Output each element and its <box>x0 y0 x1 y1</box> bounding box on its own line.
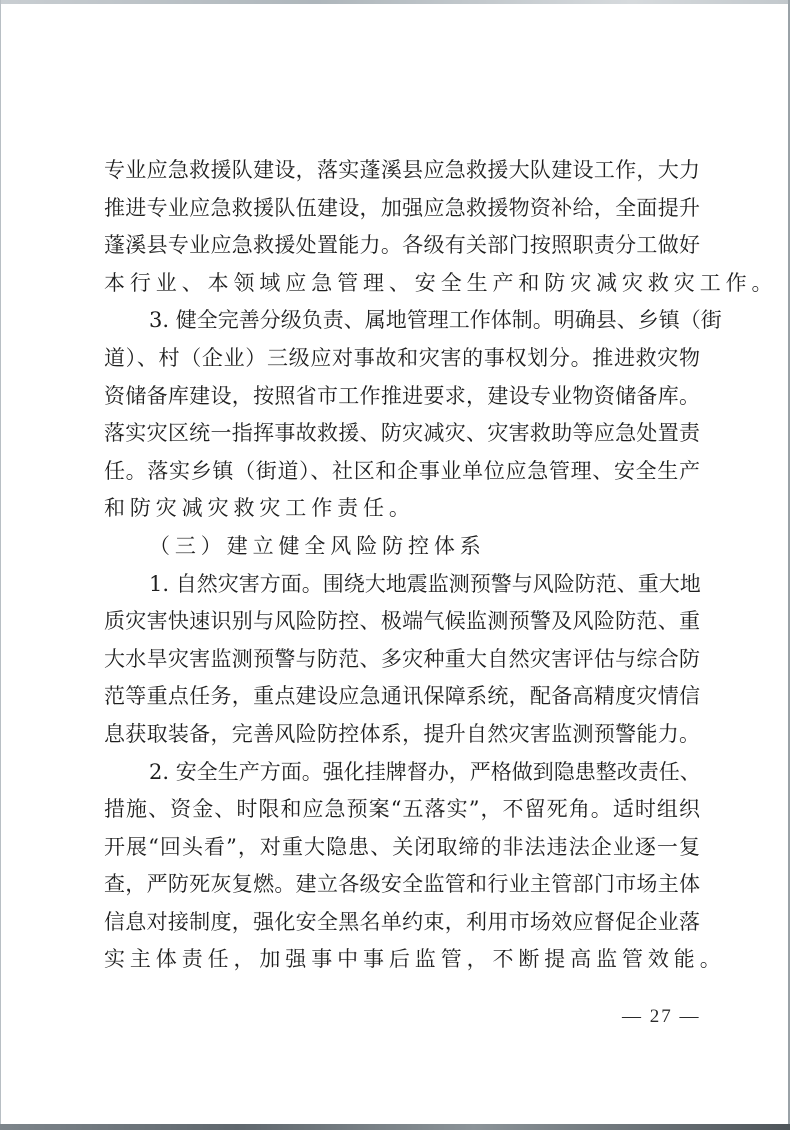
text-line: 实主体责任，加强事中事后监管，不断提高监管效能。 <box>104 941 700 979</box>
text-line: 大水旱灾害监测预警与防范、多灾种重大自然灾害评估与综合防 <box>104 641 700 679</box>
text-line: 息获取装备，完善风险防控体系，提升自然灾害监测预警能力。 <box>104 716 700 754</box>
document-body: 专业应急救援队建设，落实蓬溪县应急救援大队建设工作，大力 推进专业应急救援队伍建… <box>104 152 700 979</box>
scan-edge-bottom <box>0 1124 790 1130</box>
text-line: 任。落实乡镇（街道）、社区和企事业单位应急管理、安全生产 <box>104 453 700 491</box>
text-line: 开展“回头看”，对重大隐患、关闭取缔的非法违法企业逐一复 <box>104 829 700 867</box>
text-line: 道）、村（企业）三级应对事故和灾害的事权划分。推进救灾物 <box>104 340 700 378</box>
scan-edge-left <box>0 0 1 1130</box>
paragraph-item-3: 3. 健全完善分级负责、属地管理工作体制。明确县、乡镇（街 道）、村（企业）三级… <box>104 302 700 528</box>
text-line: 推进专业应急救援队伍建设，加强应急救援物资补给，全面提升 <box>104 190 700 228</box>
text-line: 资储备库建设，按照省市工作推进要求，建设专业物资储备库。 <box>104 378 700 416</box>
text-line: 质灾害快速识别与风险防控、极端气候监测预警及风险防范、重 <box>104 603 700 641</box>
paragraph-item-1: 1. 自然灾害方面。围绕大地震监测预警与风险防范、重大地 质灾害快速识别与风险防… <box>104 566 700 754</box>
text-line: 和防灾减灾救灾工作责任。 <box>104 490 700 528</box>
text-line: 1. 自然灾害方面。围绕大地震监测预警与风险防范、重大地 <box>104 566 700 604</box>
text-line: 查，严防死灰复燃。建立各级安全监管和行业主管部门市场主体 <box>104 866 700 904</box>
text-line: 本行业、本领域应急管理、安全生产和防灾减灾救灾工作。 <box>104 265 700 303</box>
text-line: 落实灾区统一指挥事故救援、防灾减灾、灾害救助等应急处置责 <box>104 415 700 453</box>
text-line: 措施、资金、时限和应急预案“五落实”，不留死角。适时组织 <box>104 791 700 829</box>
paragraph-continuation: 专业应急救援队建设，落实蓬溪县应急救援大队建设工作，大力 推进专业应急救援队伍建… <box>104 152 700 302</box>
text-line: 信息对接制度，强化安全黑名单约束，利用市场效应督促企业落 <box>104 904 700 942</box>
paragraph-item-2: 2. 安全生产方面。强化挂牌督办，严格做到隐患整改责任、 措施、资金、时限和应急… <box>104 754 700 980</box>
section-heading-text: （三）建立健全风险防控体系 <box>104 528 700 566</box>
text-line: 2. 安全生产方面。强化挂牌督办，严格做到隐患整改责任、 <box>104 754 700 792</box>
section-heading: （三）建立健全风险防控体系 <box>104 528 700 566</box>
text-line: 专业应急救援队建设，落实蓬溪县应急救援大队建设工作，大力 <box>104 152 700 190</box>
scan-edge-top <box>0 0 790 4</box>
text-line: 蓬溪县专业应急救援处置能力。各级有关部门按照职责分工做好 <box>104 227 700 265</box>
page-number: — 27 — <box>622 1006 701 1028</box>
text-line: 3. 健全完善分级负责、属地管理工作体制。明确县、乡镇（街 <box>104 302 700 340</box>
text-line: 范等重点任务，重点建设应急通讯保障系统，配备高精度灾情信 <box>104 678 700 716</box>
